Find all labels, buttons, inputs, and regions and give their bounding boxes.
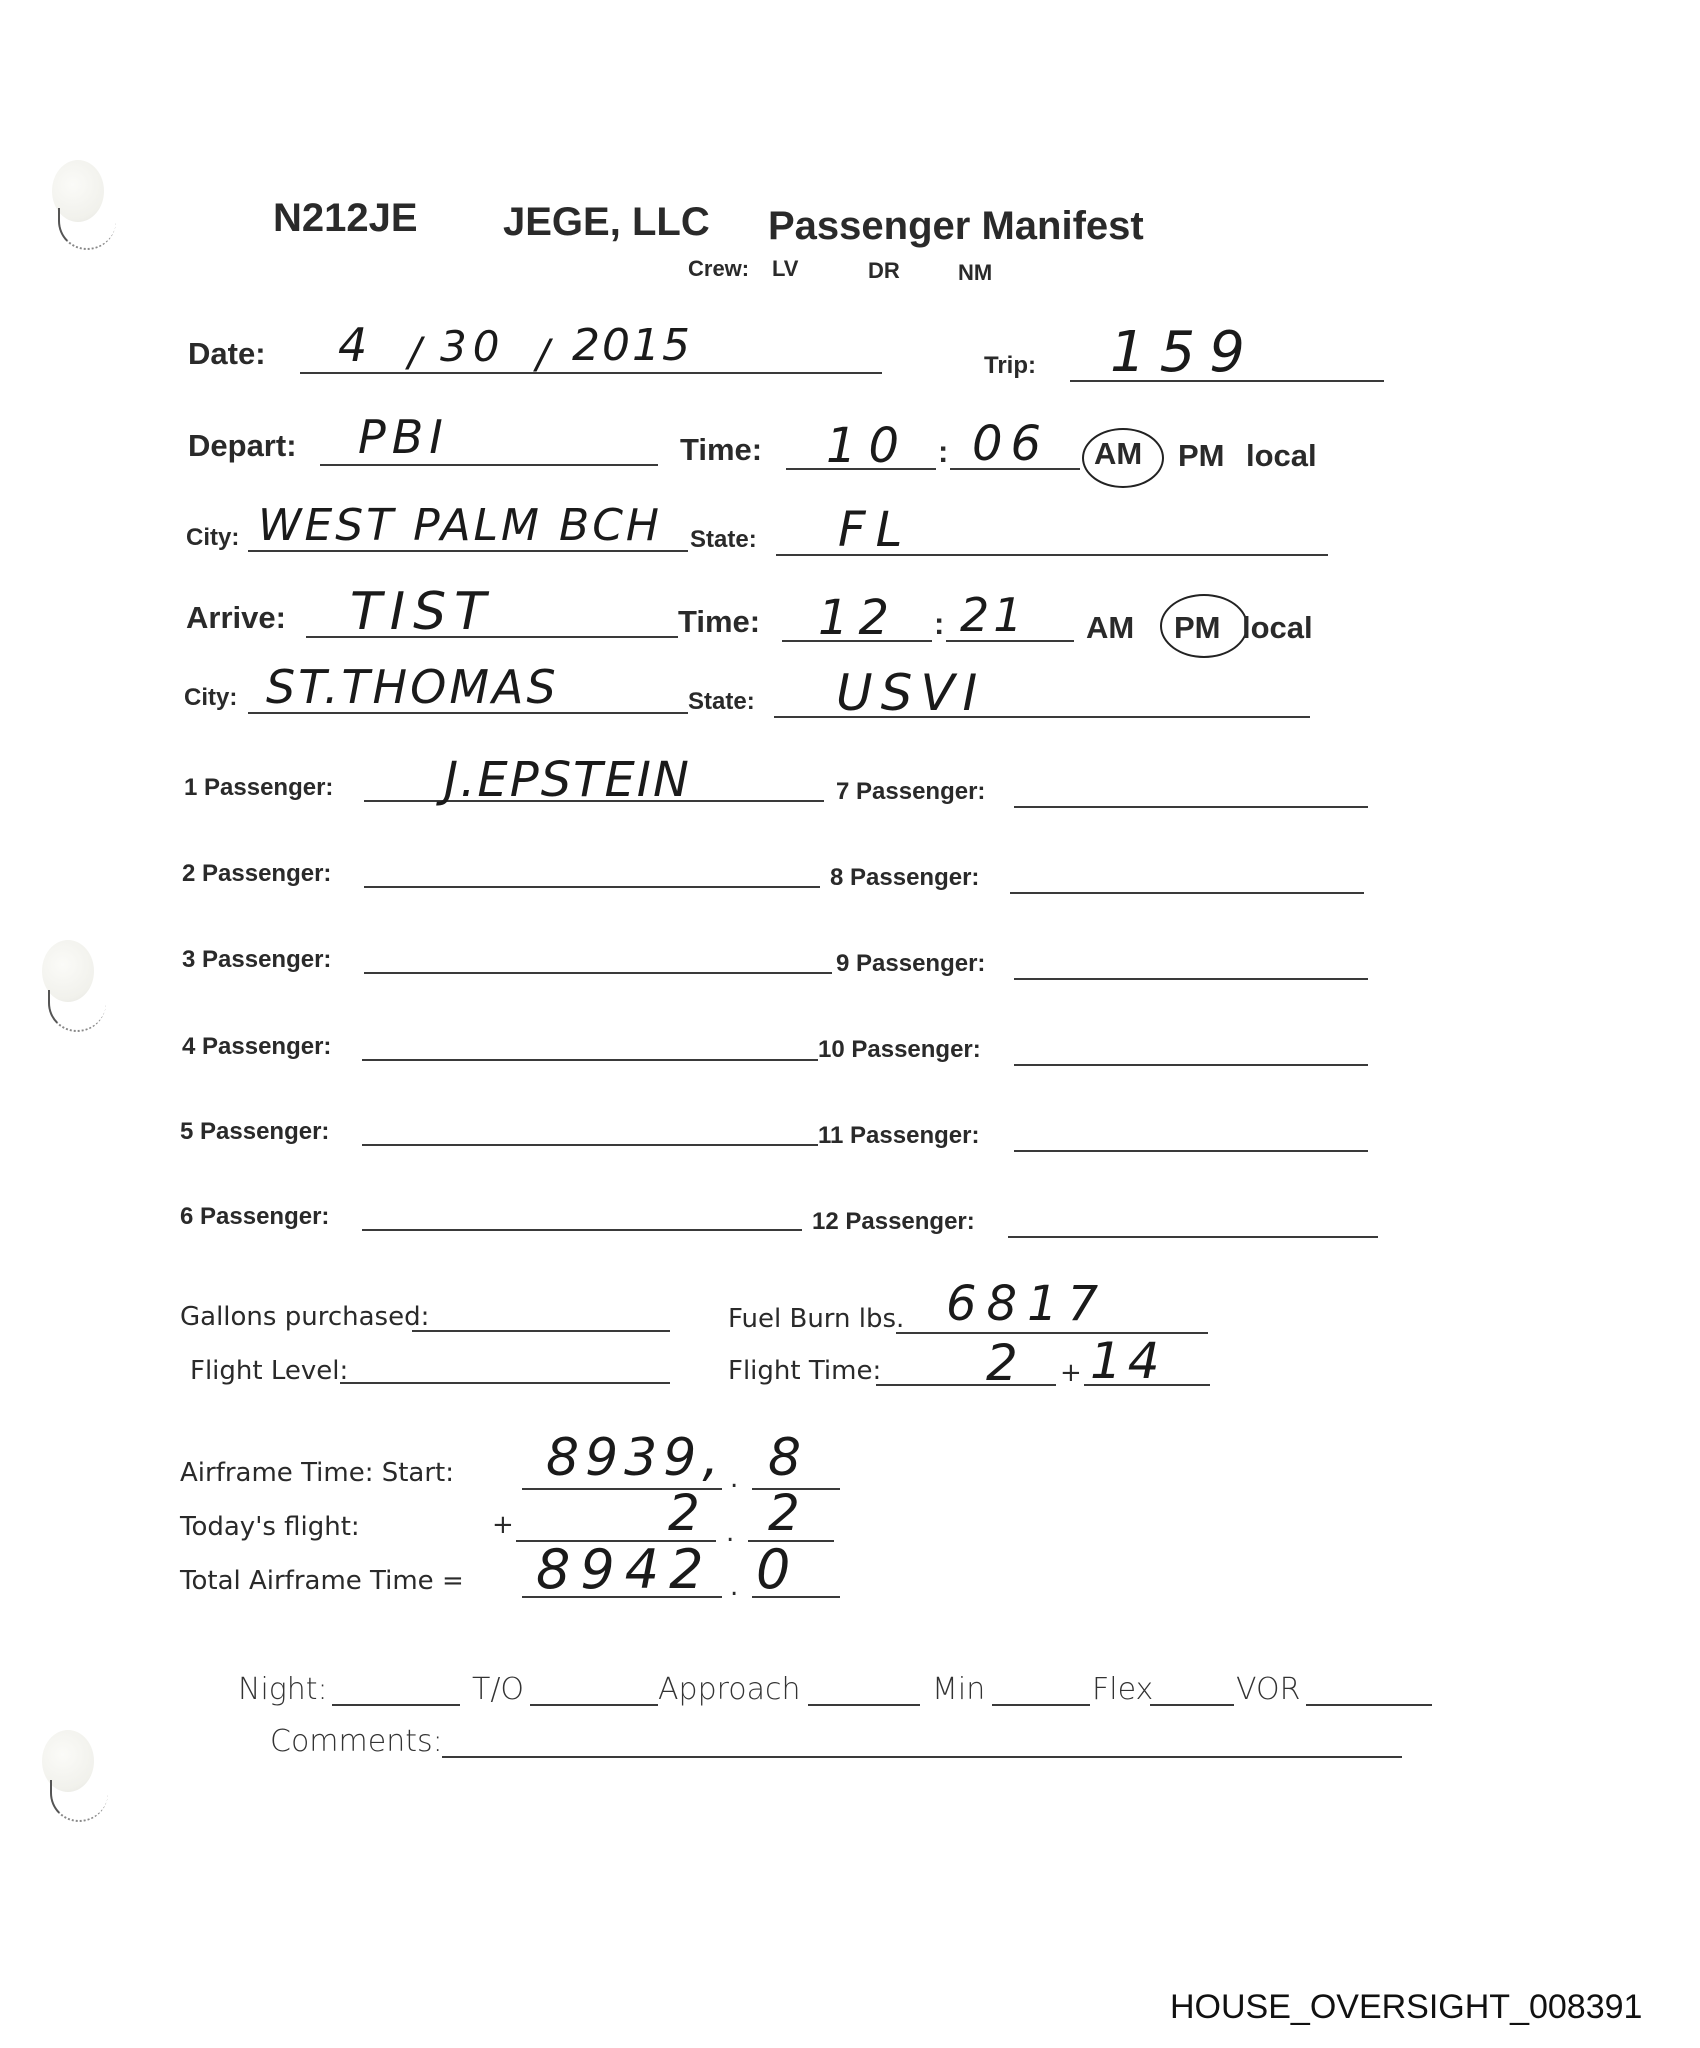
arrive-state-value[interactable]: USVI	[836, 664, 985, 722]
bates-number: HOUSE_OVERSIGHT_008391	[1170, 1988, 1642, 2027]
depart-hour-value[interactable]: 10	[826, 418, 911, 474]
arrive-label: Arrive:	[186, 600, 286, 636]
night-label: Night:	[238, 1672, 328, 1707]
crew-member-1: LV	[772, 256, 798, 282]
arrive-local-label: local	[1242, 610, 1313, 646]
passenger-9-label: 9 Passenger:	[836, 950, 985, 978]
total-airframe-label: Total Airframe Time =	[180, 1566, 464, 1596]
passenger-10-label: 10 Passenger:	[818, 1036, 981, 1064]
depart-airport-value[interactable]: PBI	[358, 410, 449, 464]
arrive-state-label: State:	[688, 688, 755, 716]
airframe-start-whole-value[interactable]: 8939,	[546, 1428, 725, 1488]
todays-flight-tenth-value[interactable]: 2	[768, 1484, 806, 1542]
date-separator: /	[536, 332, 555, 378]
passenger-8-label: 8 Passenger:	[830, 864, 979, 892]
todays-flight-decimal: .	[726, 1518, 734, 1548]
passenger-3-line	[364, 972, 832, 974]
todays-flight-label: Today's flight:	[180, 1512, 360, 1542]
approach-label: Approach	[658, 1672, 801, 1707]
depart-am-option[interactable]: AM	[1094, 436, 1142, 472]
depart-field-line	[320, 464, 658, 466]
flight-time-label: Flight Time:	[728, 1356, 881, 1386]
crew-label: Crew:	[688, 256, 749, 282]
passenger-2-line	[364, 886, 820, 888]
total-airframe-tenth-value[interactable]: 0	[756, 1538, 796, 1601]
night-line	[332, 1704, 460, 1706]
passenger-8-line	[1010, 892, 1364, 894]
passenger-4-line	[362, 1059, 818, 1061]
depart-label: Depart:	[188, 428, 297, 464]
passenger-12-line	[1008, 1236, 1378, 1238]
flight-level-label: Flight Level:	[190, 1356, 348, 1386]
comments-line	[442, 1756, 1402, 1758]
comments-label: Comments:	[270, 1724, 443, 1759]
passenger-1-value[interactable]: J.EPSTEIN	[444, 752, 691, 808]
arrive-pm-option[interactable]: PM	[1174, 610, 1221, 646]
date-field-line	[300, 372, 882, 374]
passenger-3-label: 3 Passenger:	[182, 946, 331, 974]
depart-time-colon: :	[938, 434, 948, 470]
todays-flight-whole-value[interactable]: 2	[668, 1484, 706, 1542]
hole-punch-shadow	[50, 1780, 108, 1822]
approach-line	[808, 1704, 920, 1706]
vor-label: VOR	[1236, 1672, 1300, 1707]
passenger-10-line	[1014, 1064, 1368, 1066]
airframe-start-tenth-value[interactable]: 8	[768, 1428, 807, 1488]
min-line	[992, 1704, 1090, 1706]
arrive-minute-value[interactable]: 21	[960, 588, 1027, 642]
arrive-am-option[interactable]: AM	[1086, 610, 1134, 646]
min-label: Min	[932, 1672, 985, 1707]
passenger-11-label: 11 Passenger:	[818, 1122, 979, 1150]
arrive-time-label: Time:	[678, 604, 760, 640]
depart-city-label: City:	[186, 524, 239, 552]
vor-line	[1306, 1704, 1432, 1706]
fuel-burn-value[interactable]: 6817	[946, 1276, 1108, 1332]
crew-member-2: DR	[868, 258, 900, 284]
company-name: JEGE, LLC	[503, 200, 710, 245]
passenger-7-label: 7 Passenger:	[836, 778, 985, 806]
arrive-airport-value[interactable]: TIST	[350, 582, 494, 642]
date-label: Date:	[188, 336, 266, 372]
depart-minute-value[interactable]: 06	[972, 416, 1049, 472]
passenger-11-line	[1014, 1150, 1368, 1152]
todays-flight-plus: +	[492, 1510, 514, 1540]
flight-time-hours-line	[876, 1384, 1056, 1386]
flight-level-line	[340, 1382, 670, 1384]
flight-time-hours-value[interactable]: 2	[986, 1334, 1024, 1392]
gallons-purchased-label: Gallons purchased:	[180, 1302, 429, 1332]
trip-label: Trip:	[984, 352, 1036, 380]
arrive-city-value[interactable]: ST.THOMAS	[266, 660, 559, 714]
flex-line	[1150, 1704, 1234, 1706]
form-title: Passenger Manifest	[768, 204, 1144, 249]
airframe-start-label: Airframe Time: Start:	[180, 1458, 454, 1488]
date-year-value[interactable]: 2015	[572, 320, 692, 371]
takeoff-label: T/O	[472, 1672, 524, 1707]
depart-state-label: State:	[690, 526, 757, 554]
depart-state-value[interactable]: FL	[838, 502, 912, 558]
flight-time-separator: +	[1060, 1358, 1082, 1388]
passenger-6-line	[362, 1229, 802, 1231]
passenger-5-line	[362, 1144, 818, 1146]
passenger-7-line	[1014, 806, 1368, 808]
arrive-hour-value[interactable]: 12	[818, 590, 899, 646]
passenger-12-label: 12 Passenger:	[812, 1208, 975, 1236]
date-day-value[interactable]: 30	[440, 322, 505, 371]
depart-city-value[interactable]: WEST PALM BCH	[258, 500, 662, 551]
depart-time-label: Time:	[680, 432, 762, 468]
crew-member-3: NM	[958, 260, 992, 286]
flight-time-minutes-value[interactable]: 14	[1090, 1332, 1166, 1390]
gallons-purchased-line	[412, 1330, 670, 1332]
passenger-9-line	[1014, 978, 1368, 980]
total-airframe-whole-value[interactable]: 8942	[536, 1538, 713, 1601]
depart-pm-option[interactable]: PM	[1178, 438, 1225, 474]
date-month-value[interactable]: 4	[338, 318, 373, 372]
passenger-2-label: 2 Passenger:	[182, 860, 331, 888]
tail-number: N212JE	[273, 196, 418, 241]
fuel-burn-label: Fuel Burn lbs.	[728, 1304, 904, 1334]
depart-local-label: local	[1246, 438, 1317, 474]
passenger-1-label: 1 Passenger:	[184, 774, 333, 802]
airframe-start-decimal: .	[730, 1464, 738, 1494]
hole-punch-shadow	[58, 208, 116, 250]
passenger-6-label: 6 Passenger:	[180, 1203, 329, 1231]
arrive-city-label: City:	[184, 684, 237, 712]
trip-number-value[interactable]: 159	[1110, 320, 1259, 385]
total-airframe-decimal: .	[730, 1572, 738, 1602]
flex-label: Flex	[1092, 1672, 1153, 1707]
passenger-4-label: 4 Passenger:	[182, 1033, 331, 1061]
hole-punch-shadow	[48, 990, 106, 1032]
arrive-time-colon: :	[934, 606, 944, 642]
takeoff-line	[530, 1704, 658, 1706]
passenger-5-label: 5 Passenger:	[180, 1118, 329, 1146]
date-separator: /	[408, 330, 427, 376]
